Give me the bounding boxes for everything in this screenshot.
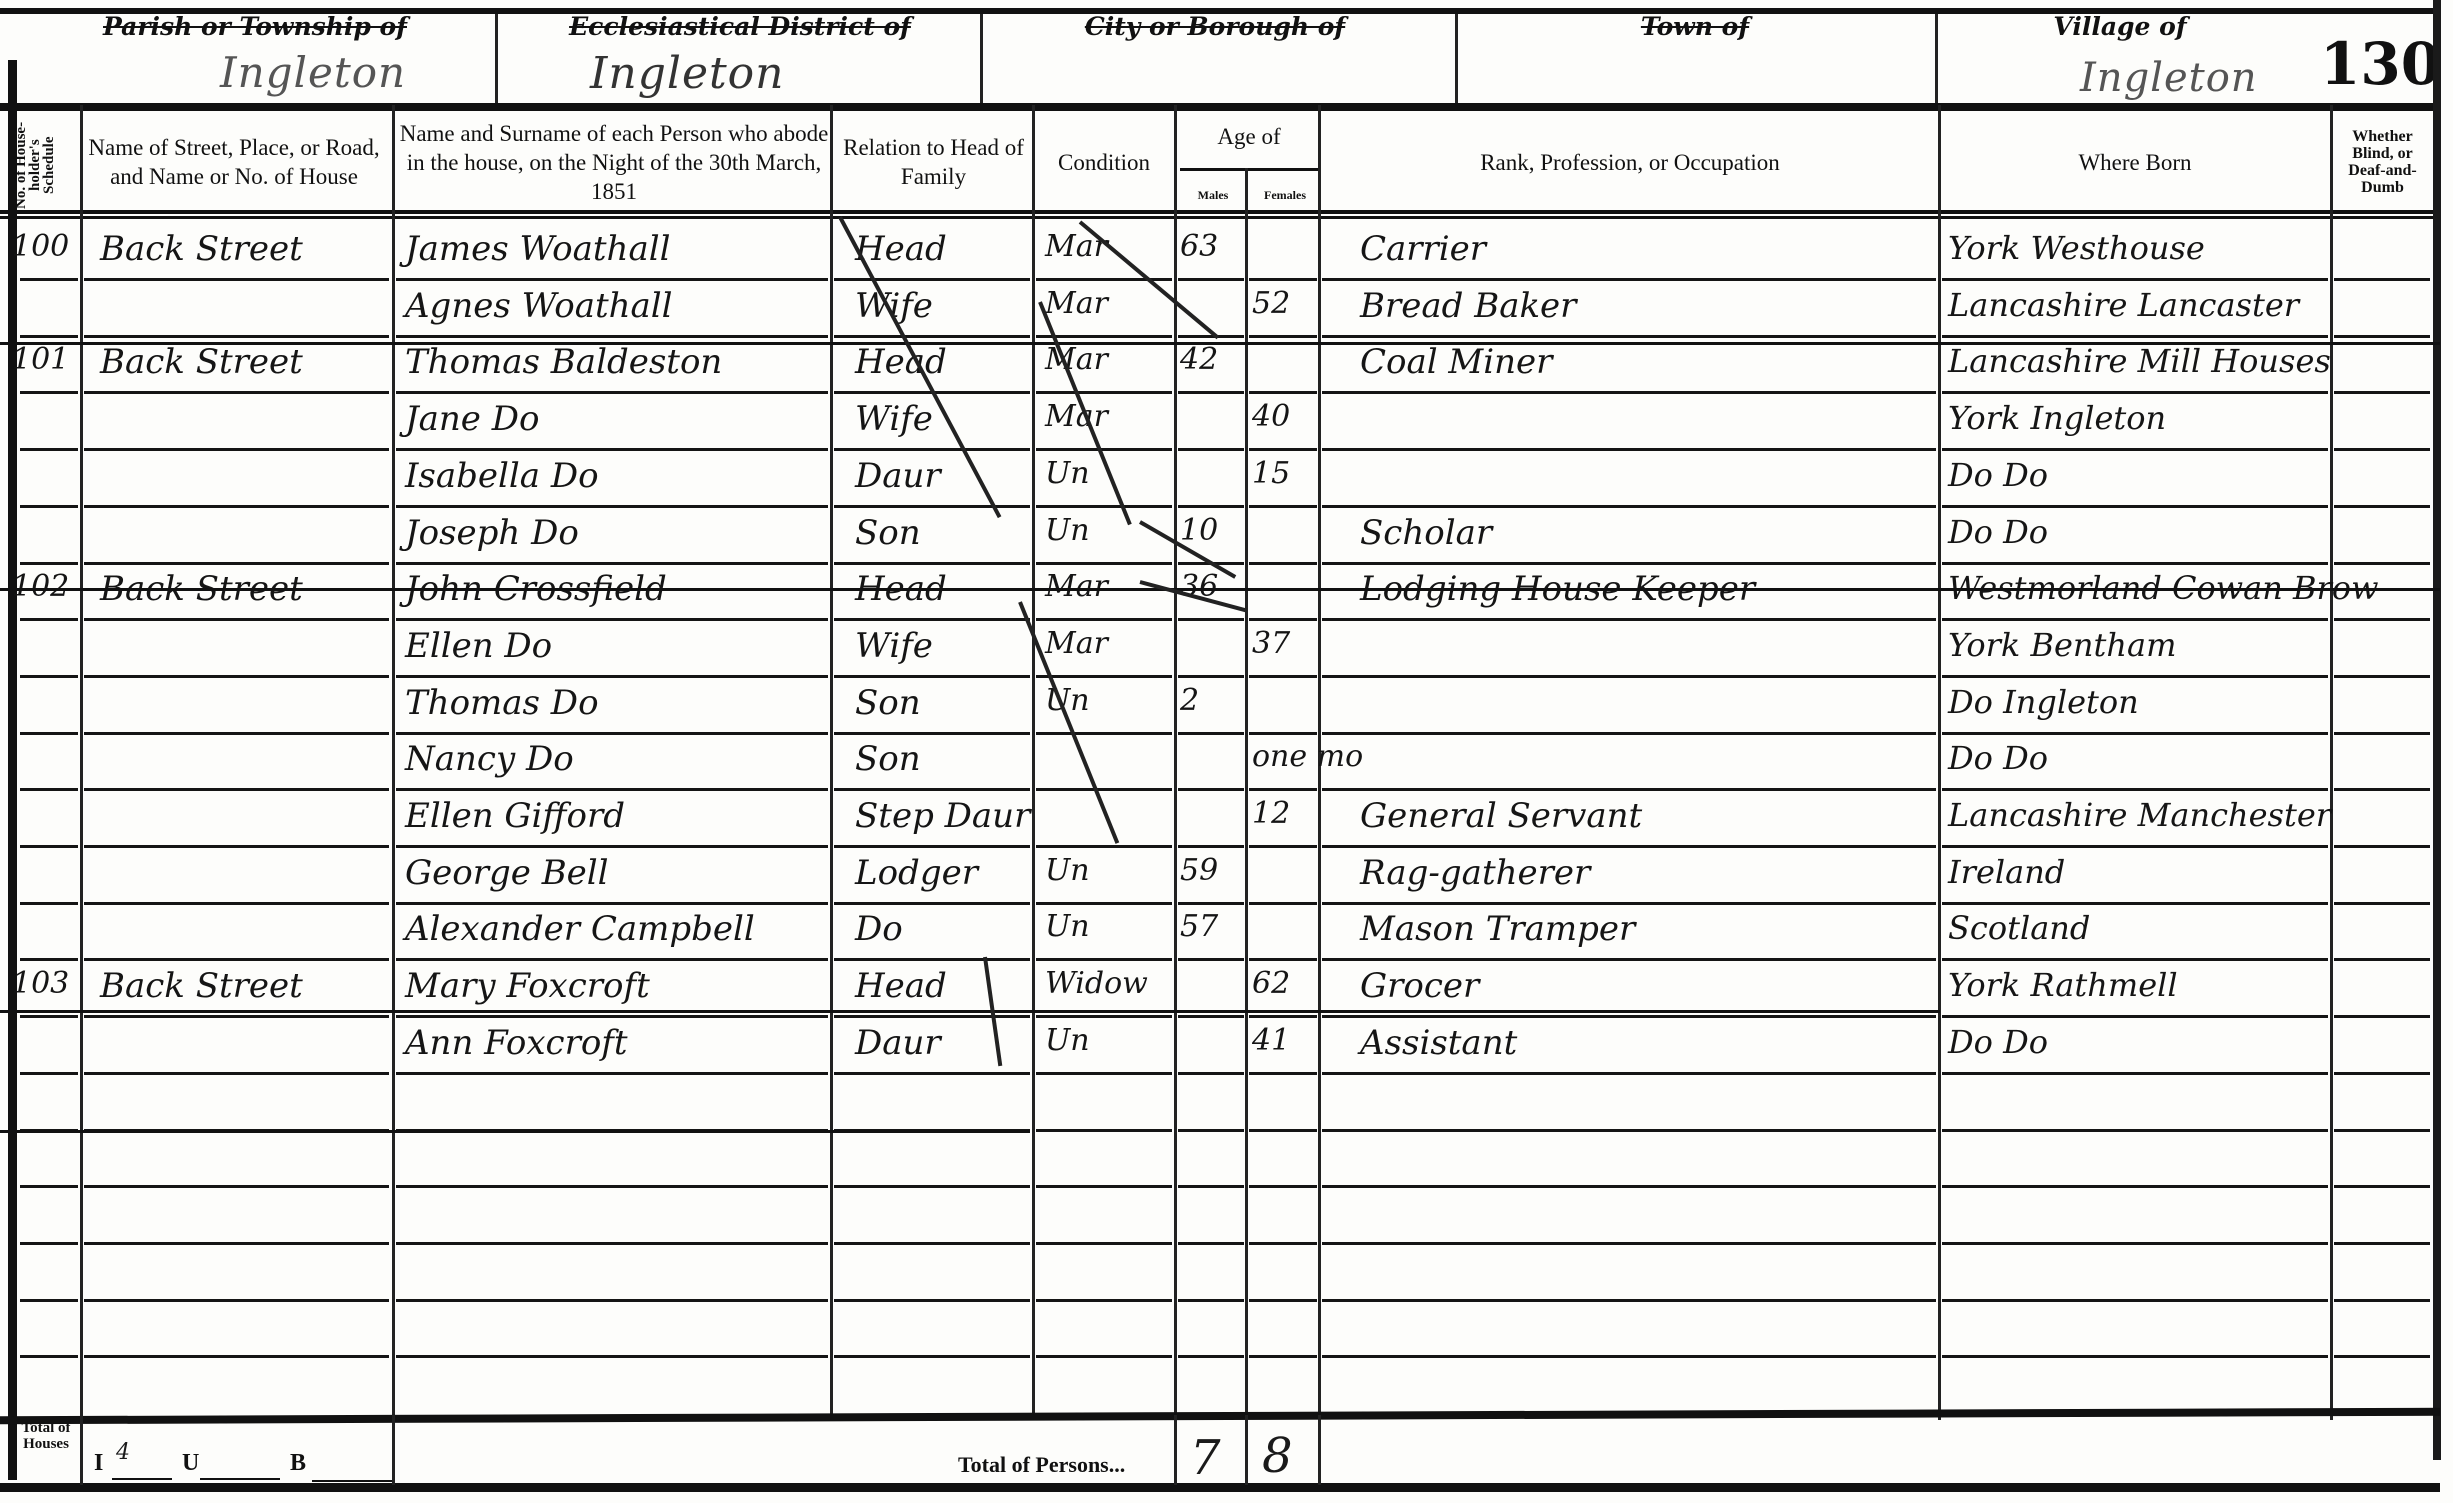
- relation-cell: Lodger: [855, 853, 1025, 903]
- condition-cell: [1045, 1136, 1170, 1186]
- inhabited-label: I: [94, 1450, 103, 1477]
- city-label: City or Borough of: [1085, 12, 1345, 41]
- occupation-cell: [1360, 626, 1920, 676]
- male-age: 2: [1180, 683, 1244, 733]
- table-row: Jane Do Wife Mar 40 York Ingleton: [0, 395, 2433, 451]
- male-age: [1180, 1023, 1244, 1073]
- total-persons-label: Total of Persons...: [958, 1452, 1125, 1478]
- person-name: [405, 1136, 825, 1186]
- condition-cell: [1045, 1250, 1170, 1300]
- street-cell: [100, 1136, 390, 1186]
- birthplace-cell: [1948, 1306, 2328, 1356]
- female-age: [1252, 683, 1316, 733]
- condition-cell: Un: [1045, 909, 1170, 959]
- town-label: Town of: [1641, 12, 1749, 41]
- col-name: Name and Surname of each Person who abod…: [398, 112, 830, 212]
- schedule-number: 101: [12, 342, 78, 392]
- birthplace-cell: Do Do: [1948, 1023, 2328, 1073]
- person-name: [405, 1250, 825, 1300]
- occupation-cell: [1360, 1306, 1920, 1356]
- person-name: Joseph Do: [405, 513, 825, 563]
- person-name: Agnes Woathall: [405, 286, 825, 336]
- condition-cell: Mar: [1045, 399, 1170, 449]
- female-age: [1252, 569, 1316, 619]
- male-age: [1180, 1250, 1244, 1300]
- birthplace-cell: Lancashire Mill Houses: [1948, 342, 2328, 392]
- condition-cell: Mar: [1045, 626, 1170, 676]
- person-name: George Bell: [405, 853, 825, 903]
- male-age: [1180, 739, 1244, 789]
- male-age: 63: [1180, 229, 1244, 279]
- street-cell: Back Street: [100, 569, 390, 619]
- table-row: 102 Back Street John Crossfield Head Mar…: [0, 565, 2433, 621]
- birthplace-cell: York Bentham: [1948, 626, 2328, 676]
- male-age: [1180, 796, 1244, 846]
- census-page: Parish or Township of Ingleton Ecclesias…: [0, 0, 2453, 1503]
- table-row: George Bell Lodger Un 59 Rag-gatherer Ir…: [0, 849, 2433, 905]
- birthplace-cell: Lancashire Manchester: [1948, 796, 2328, 846]
- table-row: [0, 1076, 2433, 1132]
- person-name: Mary Foxcroft: [405, 966, 825, 1016]
- schedule-number: [12, 1250, 78, 1300]
- col-relation: Relation to Head of Family: [836, 112, 1031, 212]
- street-cell: [100, 853, 390, 903]
- table-row: Nancy Do Son one mo Do Do: [0, 735, 2433, 791]
- occupation-cell: Carrier: [1360, 229, 1920, 279]
- col-males: Males: [1178, 180, 1248, 210]
- col-age: Age of: [1178, 112, 1320, 160]
- schedule-number: [12, 513, 78, 563]
- occupation-cell: [1360, 1193, 1920, 1243]
- condition-cell: Un: [1045, 853, 1170, 903]
- person-name: [405, 1193, 825, 1243]
- person-name: Isabella Do: [405, 456, 825, 506]
- schedule-number: [12, 1023, 78, 1073]
- female-age: [1252, 342, 1316, 392]
- schedule-number: [12, 1193, 78, 1243]
- total-males: 7: [1190, 1430, 1222, 1486]
- schedule-number: [12, 1136, 78, 1186]
- birthplace-cell: Do Do: [1948, 513, 2328, 563]
- female-age: 52: [1252, 286, 1316, 336]
- village-value: Ingleton: [2080, 55, 2258, 101]
- birthplace-cell: Do Do: [1948, 456, 2328, 506]
- relation-cell: [855, 1250, 1025, 1300]
- relation-cell: Do: [855, 909, 1025, 959]
- occupation-cell: [1360, 399, 1920, 449]
- occupation-cell: [1360, 739, 1920, 789]
- condition-cell: Un: [1045, 1023, 1170, 1073]
- female-age: 12: [1252, 796, 1316, 846]
- table-row: Ellen Gifford Step Daur 12 General Serva…: [0, 792, 2433, 848]
- parish-label: Parish or Township of: [103, 12, 407, 41]
- male-age: 59: [1180, 853, 1244, 903]
- birthplace-cell: York Rathmell: [1948, 966, 2328, 1016]
- birthplace-cell: York Westhouse: [1948, 229, 2328, 279]
- condition-cell: Un: [1045, 513, 1170, 563]
- col-schedule: No. of House-holder's Schedule: [14, 118, 50, 213]
- town-field: Town of: [1460, 12, 1930, 102]
- occupation-cell: Rag-gatherer: [1360, 853, 1920, 903]
- male-age: [1180, 966, 1244, 1016]
- schedule-number: 102: [12, 569, 78, 619]
- person-name: Jane Do: [405, 399, 825, 449]
- female-age: [1252, 1136, 1316, 1186]
- ecclesiastical-label: Ecclesiastical District of: [569, 12, 911, 41]
- inhabited-value: 4: [116, 1440, 131, 1465]
- female-age: [1252, 1193, 1316, 1243]
- total-females: 8: [1262, 1428, 1294, 1484]
- condition-cell: [1045, 1193, 1170, 1243]
- male-age: 42: [1180, 342, 1244, 392]
- female-age: [1252, 909, 1316, 959]
- condition-cell: [1045, 1080, 1170, 1130]
- occupation-cell: Coal Miner: [1360, 342, 1920, 392]
- street-cell: Back Street: [100, 229, 390, 279]
- birthplace-cell: Ireland: [1948, 853, 2328, 903]
- table-row: Alexander Campbell Do Un 57 Mason Trampe…: [0, 905, 2433, 961]
- occupation-cell: Mason Tramper: [1360, 909, 1920, 959]
- relation-cell: Step Daur: [855, 796, 1025, 846]
- street-cell: [100, 1023, 390, 1073]
- street-cell: [100, 1306, 390, 1356]
- male-age: [1180, 1080, 1244, 1130]
- person-name: [405, 1306, 825, 1356]
- table-row: [0, 1302, 2433, 1358]
- relation-cell: Son: [855, 513, 1025, 563]
- table-row: Ann Foxcroft Daur Un 41 Assistant Do Do: [0, 1019, 2433, 1075]
- male-age: [1180, 1136, 1244, 1186]
- street-cell: [100, 399, 390, 449]
- col-street: Name of Street, Place, or Road, and Name…: [84, 112, 384, 212]
- birthplace-cell: Lancashire Lancaster: [1948, 286, 2328, 336]
- relation-cell: [855, 1136, 1025, 1186]
- schedule-number: [12, 399, 78, 449]
- table-row: [0, 1246, 2433, 1302]
- person-name: James Woathall: [405, 229, 825, 279]
- relation-cell: Head: [855, 569, 1025, 619]
- schedule-number: [12, 796, 78, 846]
- schedule-number: 103: [12, 966, 78, 1016]
- village-label: Village of: [2053, 12, 2186, 41]
- condition-cell: Mar: [1045, 569, 1170, 619]
- male-age: [1180, 626, 1244, 676]
- table-row: Agnes Woathall Wife Mar 52 Bread Baker L…: [0, 282, 2433, 338]
- schedule-number: [12, 683, 78, 733]
- male-age: 57: [1180, 909, 1244, 959]
- street-cell: Back Street: [100, 966, 390, 1016]
- relation-cell: [855, 1306, 1025, 1356]
- table-row: [0, 1189, 2433, 1245]
- occupation-cell: Grocer: [1360, 966, 1920, 1016]
- schedule-number: [12, 909, 78, 959]
- female-age: [1252, 1250, 1316, 1300]
- person-name: Thomas Do: [405, 683, 825, 733]
- occupation-cell: [1360, 1250, 1920, 1300]
- relation-cell: Son: [855, 683, 1025, 733]
- female-age: one mo: [1252, 739, 1316, 789]
- street-cell: [100, 909, 390, 959]
- birthplace-cell: Do Do: [1948, 739, 2328, 789]
- birthplace-cell: [1948, 1136, 2328, 1186]
- street-cell: [100, 739, 390, 789]
- relation-cell: [855, 1080, 1025, 1130]
- occupation-cell: Lodging House Keeper: [1360, 569, 1920, 619]
- col-occupation: Rank, Profession, or Occupation: [1330, 112, 1930, 212]
- relation-cell: Wife: [855, 626, 1025, 676]
- female-age: 62: [1252, 966, 1316, 1016]
- relation-cell: Head: [855, 966, 1025, 1016]
- occupation-cell: [1360, 1136, 1920, 1186]
- female-age: [1252, 1080, 1316, 1130]
- female-age: 15: [1252, 456, 1316, 506]
- table-row: Thomas Do Son Un 2 Do Ingleton: [0, 679, 2433, 735]
- building-label: B: [290, 1450, 306, 1477]
- col-females: Females: [1250, 180, 1320, 210]
- female-age: 40: [1252, 399, 1316, 449]
- condition-cell: Mar: [1045, 286, 1170, 336]
- parish-value: Ingleton: [220, 48, 406, 97]
- street-cell: [100, 796, 390, 846]
- birthplace-cell: [1948, 1080, 2328, 1130]
- condition-cell: Mar: [1045, 229, 1170, 279]
- occupation-cell: General Servant: [1360, 796, 1920, 846]
- person-name: Thomas Baldeston: [405, 342, 825, 392]
- birthplace-cell: [1948, 1250, 2328, 1300]
- table-row: Isabella Do Daur Un 15 Do Do: [0, 452, 2433, 508]
- relation-cell: Son: [855, 739, 1025, 789]
- occupation-cell: Bread Baker: [1360, 286, 1920, 336]
- female-age: [1252, 853, 1316, 903]
- birthplace-cell: Westmorland Cowan Brow: [1948, 569, 2328, 619]
- street-cell: Back Street: [100, 342, 390, 392]
- schedule-number: [12, 853, 78, 903]
- schedule-number: 100: [12, 229, 78, 279]
- table-row: 100 Back Street James Woathall Head Mar …: [0, 225, 2433, 281]
- col-blind: Whether Blind, or Deaf-and-Dumb: [2335, 112, 2430, 212]
- person-name: Ellen Do: [405, 626, 825, 676]
- relation-cell: Daur: [855, 456, 1025, 506]
- city-field: City or Borough of: [985, 12, 1445, 102]
- occupation-cell: [1360, 1080, 1920, 1130]
- male-age: [1180, 399, 1244, 449]
- relation-cell: Head: [855, 342, 1025, 392]
- female-age: 41: [1252, 1023, 1316, 1073]
- relation-cell: Head: [855, 229, 1025, 279]
- street-cell: [100, 683, 390, 733]
- street-cell: [100, 456, 390, 506]
- col-born: Where Born: [1940, 112, 2330, 212]
- male-age: 10: [1180, 513, 1244, 563]
- occupation-cell: Scholar: [1360, 513, 1920, 563]
- birthplace-cell: Do Ingleton: [1948, 683, 2328, 733]
- table-row: Ellen Do Wife Mar 37 York Bentham: [0, 622, 2433, 678]
- person-name: Nancy Do: [405, 739, 825, 789]
- street-cell: [100, 1250, 390, 1300]
- condition-cell: Widow: [1045, 966, 1170, 1016]
- schedule-number: [12, 1080, 78, 1130]
- street-cell: [100, 626, 390, 676]
- person-name: Alexander Campbell: [405, 909, 825, 959]
- female-age: [1252, 513, 1316, 563]
- occupation-cell: [1360, 456, 1920, 506]
- schedule-number: [12, 739, 78, 789]
- person-name: Ellen Gifford: [405, 796, 825, 846]
- male-age: [1180, 456, 1244, 506]
- male-age: [1180, 1306, 1244, 1356]
- schedule-number: [12, 286, 78, 336]
- table-row: 101 Back Street Thomas Baldeston Head Ma…: [0, 338, 2433, 394]
- ecclesiastical-value: Ingleton: [590, 48, 785, 99]
- total-houses-label: Total of Houses: [16, 1420, 76, 1452]
- person-name: John Crossfield: [405, 569, 825, 619]
- birthplace-cell: Scotland: [1948, 909, 2328, 959]
- page-number: 130: [2320, 30, 2441, 98]
- occupation-cell: [1360, 683, 1920, 733]
- female-age: [1252, 1306, 1316, 1356]
- schedule-number: [12, 456, 78, 506]
- person-name: Ann Foxcroft: [405, 1023, 825, 1073]
- street-cell: [100, 1080, 390, 1130]
- female-age: [1252, 229, 1316, 279]
- birthplace-cell: [1948, 1193, 2328, 1243]
- schedule-number: [12, 626, 78, 676]
- col-condition: Condition: [1034, 112, 1174, 212]
- relation-cell: [855, 1193, 1025, 1243]
- street-cell: [100, 1193, 390, 1243]
- schedule-number: [12, 1306, 78, 1356]
- person-name: [405, 1080, 825, 1130]
- birthplace-cell: York Ingleton: [1948, 399, 2328, 449]
- female-age: 37: [1252, 626, 1316, 676]
- table-row: Joseph Do Son Un 10 Scholar Do Do: [0, 509, 2433, 565]
- street-cell: [100, 513, 390, 563]
- table-row: [0, 1132, 2433, 1188]
- uninhabited-label: U: [182, 1450, 199, 1477]
- occupation-cell: Assistant: [1360, 1023, 1920, 1073]
- condition-cell: [1045, 739, 1170, 789]
- street-cell: [100, 286, 390, 336]
- condition-cell: [1045, 1306, 1170, 1356]
- male-age: [1180, 1193, 1244, 1243]
